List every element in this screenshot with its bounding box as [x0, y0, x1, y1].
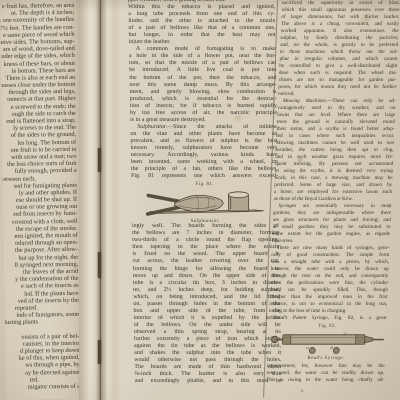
- column-1-upper-text: pper cylinder, with a grating at each en…: [128, 0, 278, 180]
- figure-82-label: Fig. 82.: [268, 324, 386, 330]
- stitch-mark: [98, 148, 101, 172]
- text-column-2: sacrificed the superiority in extent of …: [266, 0, 400, 384]
- figure-82-part-b-label: b: [330, 345, 333, 350]
- stitch-mark: [98, 340, 101, 364]
- sulphurator-illustration: [144, 189, 267, 219]
- figure-81-label: Fig. 81.: [131, 182, 278, 188]
- book-photo: e fruit has, therefore, an areaot. The d…: [0, 0, 400, 400]
- syringe-illustration: a b: [268, 331, 385, 356]
- left-page-text: e fruit has, therefore, an areaot. The d…: [0, 2, 85, 391]
- page-gutter: [79, 0, 119, 400]
- text-column-1: pper cylinder, with a grating at each en…: [128, 0, 282, 385]
- figure-81: Fig. 81.: [131, 182, 279, 225]
- figure-82-part-a-label: a: [306, 345, 309, 350]
- column-1-lower-text: ingly well. The boards forming the sides…: [132, 223, 282, 385]
- figure-82: Fig. 82. a b: [267, 324, 387, 362]
- figure-82-caption: Read's Syringe.: [267, 356, 385, 362]
- stitch-mark: [98, 252, 101, 278]
- right-page: pper cylinder, with a grating at each en…: [119, 0, 400, 400]
- left-page: e fruit has, therefore, an areaot. The d…: [0, 0, 85, 400]
- column-2-upper-text: sacrificed the superiority in extent of …: [269, 0, 400, 322]
- column-2-lower-text: improvement; for, however fine may be th…: [266, 363, 385, 384]
